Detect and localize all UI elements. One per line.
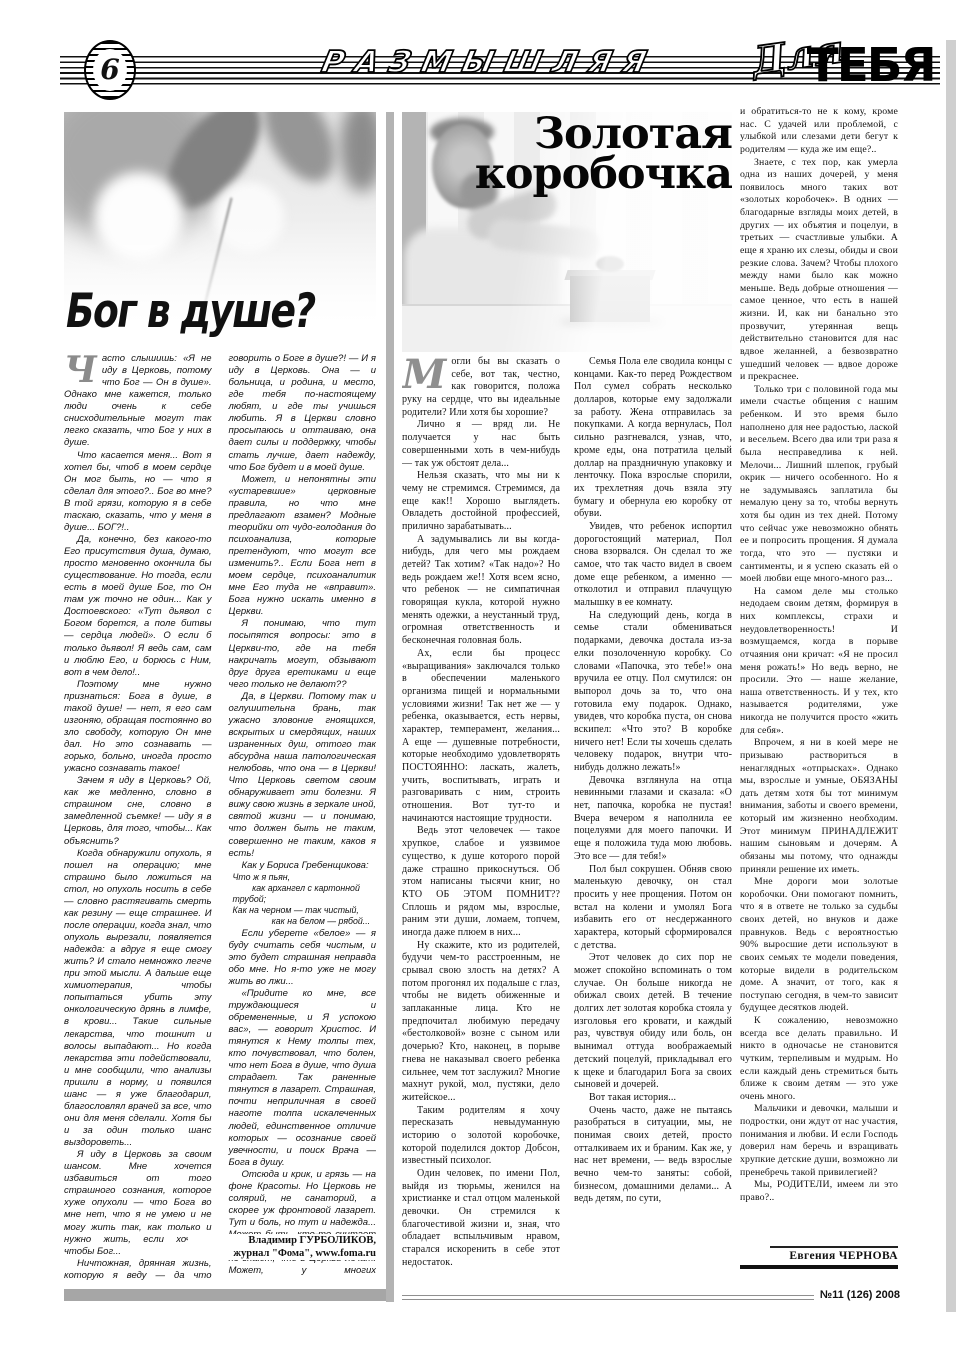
paragraph: Могли бы вы сказать о себе, вот так, чес… (402, 356, 560, 419)
dropcap-letter: Ч (64, 356, 97, 384)
paragraph: Мальчики и девочки, малыши и подростки, … (740, 1103, 898, 1179)
author-name: Владимир ГУРБОЛИКОВ, (188, 1234, 376, 1247)
dropcap-letter: М (402, 359, 446, 390)
paragraph: Вот такая история... (574, 1092, 732, 1105)
paragraph-list: и обратиться-то не к кому, кроме нас. С … (740, 106, 898, 1204)
paragraph: Мне дороги мои золотые коробочки. Они по… (740, 876, 898, 1015)
section-title: РАЗМЫШЛЯЯ (319, 48, 660, 78)
paragraph: Что ж я пьян, как архангел с картонной т… (229, 872, 377, 928)
page-edge-strip (946, 40, 956, 1312)
paragraph: Поэтому мне нужно признаться: Бога в душ… (64, 679, 212, 776)
author-source: журнал "Фома", www.foma.ru (188, 1247, 376, 1260)
paragraph-list: Лично я — вряд ли. Не получается у нас б… (402, 356, 732, 1286)
title-line: коробочка (402, 154, 732, 194)
signature-rule (740, 1265, 898, 1269)
paragraph: Как у Бориса Гребенщикова: (229, 860, 377, 872)
paragraph: Когда обнаружили опухоль, я пошел на опе… (64, 848, 212, 1150)
paragraph: Ведь этот человечек — такое хрупкое, сла… (402, 825, 560, 939)
paragraph: Да, в Церкви. Потому так и оглушительна … (229, 691, 377, 860)
paragraph: Увидев, что ребенок испортил дорогостоящ… (574, 521, 732, 610)
paragraph: Ну скажите, кто из родителей, будучи чем… (402, 940, 560, 1105)
title-line: Золотая (402, 114, 732, 154)
paragraph: Что касается меня... Вот я хотел бы, что… (64, 450, 212, 534)
paragraph: Пол был сокрушен. Обняв свою маленькую д… (574, 864, 732, 953)
main-article-signature: Евгения ЧЕРНОВА (740, 1246, 898, 1269)
main-article-right-column: и обратиться-то не к кому, кроме нас. С … (740, 106, 898, 1246)
paragraph: Только три с половиной года мы имели сча… (740, 384, 898, 586)
paragraph: Девочка взглянула на отца невинными глаз… (574, 775, 732, 864)
paragraph: Мы, РОДИТЕЛИ, имеем ли это право?.. (740, 1179, 898, 1204)
paragraph: Может, и непонятны эти «устаревшие» церк… (229, 474, 377, 619)
paragraph: На самом деле мы столько недодаем своим … (740, 586, 898, 738)
column-separator-bar (386, 112, 394, 1302)
paragraph: Лично я — вряд ли. Не получается у нас б… (402, 419, 560, 470)
issue-number: №11 (126) 2008 (814, 1289, 900, 1302)
page-number: 6 (93, 49, 127, 91)
paragraph: Этот человек до сих пор не может спокойн… (574, 952, 732, 1092)
paragraph: «Придите ко мне, все труждающиеся и обре… (229, 988, 377, 1169)
paragraph: Да, конечно, без какого-то Его присутств… (64, 534, 212, 679)
paragraph: Впрочем, я ни в коей мере не призываю ра… (740, 737, 898, 876)
paragraph: Я понимаю, что тут посыпятся вопросы: эт… (229, 618, 377, 690)
paragraph: Таким родителям я хочу пересказать невыд… (402, 1105, 560, 1168)
left-article-signature: Владимир ГУРБОЛИКОВ, журнал "Фома", www.… (188, 1234, 376, 1260)
footer-rule (402, 1295, 826, 1300)
main-article-text: Могли бы вы сказать о себе, вот так, чес… (402, 356, 732, 1286)
main-article-title: Золотая коробочка (402, 114, 732, 195)
paragraph: и обратиться-то не к кому, кроме нас. С … (740, 106, 898, 157)
paragraph: Если уберете «белое» — я буду считать се… (229, 928, 377, 988)
paragraph: Ах, если бы процесс «выращивания» заключ… (402, 648, 560, 826)
left-article-title: Бог в душе? (66, 288, 354, 335)
paragraph: Очень часто, даже не пытаясь разобраться… (574, 1105, 732, 1207)
paragraph: Нельзя сказать, что мы ни к чему не стре… (402, 470, 560, 533)
left-article-text: Часто слышишь: «Я не иду в Церковь, пото… (64, 353, 376, 1287)
paragraph: К сожалению, невозможно всегда все делат… (740, 1015, 898, 1103)
newspaper-logo: Для ТЕБЯ (752, 34, 948, 92)
paragraph: Семья Пола еле сводила концы с концами. … (574, 356, 732, 521)
paragraph: Часто слышишь: «Я не иду в Церковь, пото… (64, 353, 212, 450)
paragraph: Один человек, по имени Пол, выйдя из тюр… (402, 1168, 560, 1270)
newspaper-page: 6 РАЗМЫШЛЯЯ Для ТЕБЯ Бог в душе? Часто с… (0, 0, 960, 1358)
page-number-badge: 6 (84, 40, 136, 100)
paragraph-list: Что касается меня... Вот я хотел бы, что… (64, 353, 376, 1287)
paragraph: На следующий день, когда в семье стали о… (574, 610, 732, 775)
paragraph: Зачем я иду в Церковь? Ой, как же медлен… (64, 775, 212, 847)
paragraph: Знаете, с тех пор, как умерла одна из на… (740, 157, 898, 384)
left-article-end-bar (64, 1289, 386, 1301)
author-name: Евгения ЧЕРНОВА (740, 1248, 898, 1265)
paragraph: А задумывались ли вы когда-нибудь, для ч… (402, 534, 560, 648)
logo-word-tebya: ТЕБЯ (807, 42, 935, 88)
